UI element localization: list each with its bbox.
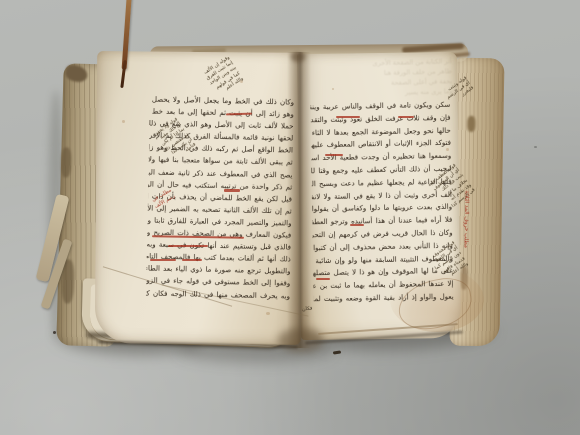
edge-chip bbox=[467, 116, 475, 132]
red-rubric-mark bbox=[224, 189, 240, 192]
red-rubric-mark bbox=[150, 259, 176, 261]
gutter-top-notch bbox=[291, 52, 305, 62]
red-rubric-mark bbox=[168, 245, 208, 247]
bleed-through-text: أثر الكتابة من الصفحة الأخرىظاهر من خلف … bbox=[315, 56, 452, 100]
red-rubric-mark bbox=[398, 116, 414, 118]
catchword: فكان bbox=[302, 305, 313, 312]
photo-background: أثر الكتابة من الصفحة الأخرىظاهر من خلف … bbox=[0, 0, 580, 435]
debris-speck bbox=[333, 350, 341, 354]
foxing-spot bbox=[266, 312, 270, 315]
text-line: يعول والواو إذ أراد بقية القوة وضعه وتثب… bbox=[314, 291, 454, 306]
red-rubric-mark bbox=[325, 154, 343, 156]
red-rubric-mark bbox=[350, 224, 364, 226]
red-rubric-mark bbox=[316, 278, 330, 280]
debris-speck bbox=[53, 331, 56, 334]
debris-speck bbox=[534, 146, 537, 148]
foxing-spot bbox=[122, 120, 125, 123]
red-rubric-mark bbox=[182, 259, 202, 261]
edge-tear bbox=[61, 147, 72, 177]
red-rubric-mark bbox=[336, 116, 360, 118]
